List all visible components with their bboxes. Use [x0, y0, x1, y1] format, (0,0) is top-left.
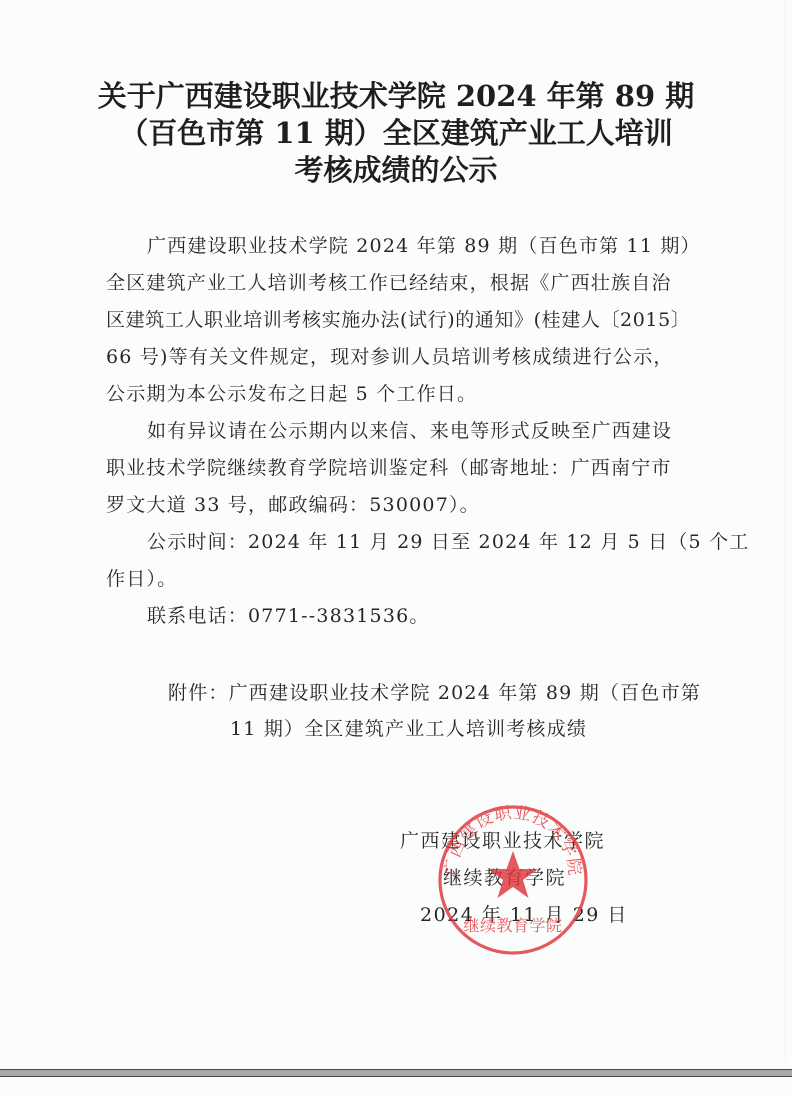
- paragraph-line: 职业技术学院继续教育学院培训鉴定科（邮寄地址：广西南宁市: [106, 456, 672, 480]
- paragraph-line: 罗文大道 33 号，邮政编码：530007）。: [106, 493, 480, 517]
- paragraph-line: 全区建筑产业工人培训考核工作已经结束，根据《广西壮族自治: [106, 271, 672, 295]
- paragraph-line: 如有异议请在公示期内以来信、来电等形式反映至广西建设: [147, 419, 672, 443]
- page-separator: [0, 1069, 792, 1077]
- document-title: 关于广西建设职业技术学院 2024 年第 89 期 （百色市第 11 期）全区建…: [0, 78, 792, 189]
- seal-bottom-text: 继续教育学院: [463, 916, 562, 935]
- paragraph-line: 公示期为本公示发布之日起 5 个工作日。: [106, 382, 477, 406]
- paragraph-line: 广西建设职业技术学院 2024 年第 89 期（百色市第 11 期）: [147, 234, 701, 258]
- next-page-top: [0, 1078, 792, 1095]
- title-line-1: 关于广西建设职业技术学院 2024 年第 89 期: [0, 78, 792, 115]
- title-line-3: 考核成绩的公示: [0, 152, 792, 189]
- paragraph-line: 公示时间：2024 年 11 月 29 日至 2024 年 12 月 5 日（5…: [147, 530, 750, 554]
- paragraph-line: 66 号)等有关文件规定，现对参训人员培训考核成绩进行公示，: [106, 345, 674, 369]
- contact-phone: 联系电话：0771--3831536。: [147, 604, 430, 628]
- attachment-line: 11 期）全区建筑产业工人培训考核成绩: [230, 717, 587, 741]
- paragraph-line: 区建筑工人职业培训考核实施办法(试行)的通知》(桂建人〔2015〕: [106, 308, 690, 332]
- official-seal-icon: 广西建设职业技术学院 继续教育学院: [436, 803, 590, 957]
- title-line-2: （百色市第 11 期）全区建筑产业工人培训: [0, 115, 792, 152]
- attachment-line: 附件：广西建设职业技术学院 2024 年第 89 期（百色市第: [168, 681, 701, 705]
- document-page: 关于广西建设职业技术学院 2024 年第 89 期 （百色市第 11 期）全区建…: [0, 0, 792, 1068]
- paragraph-line: 作日）。: [106, 567, 177, 591]
